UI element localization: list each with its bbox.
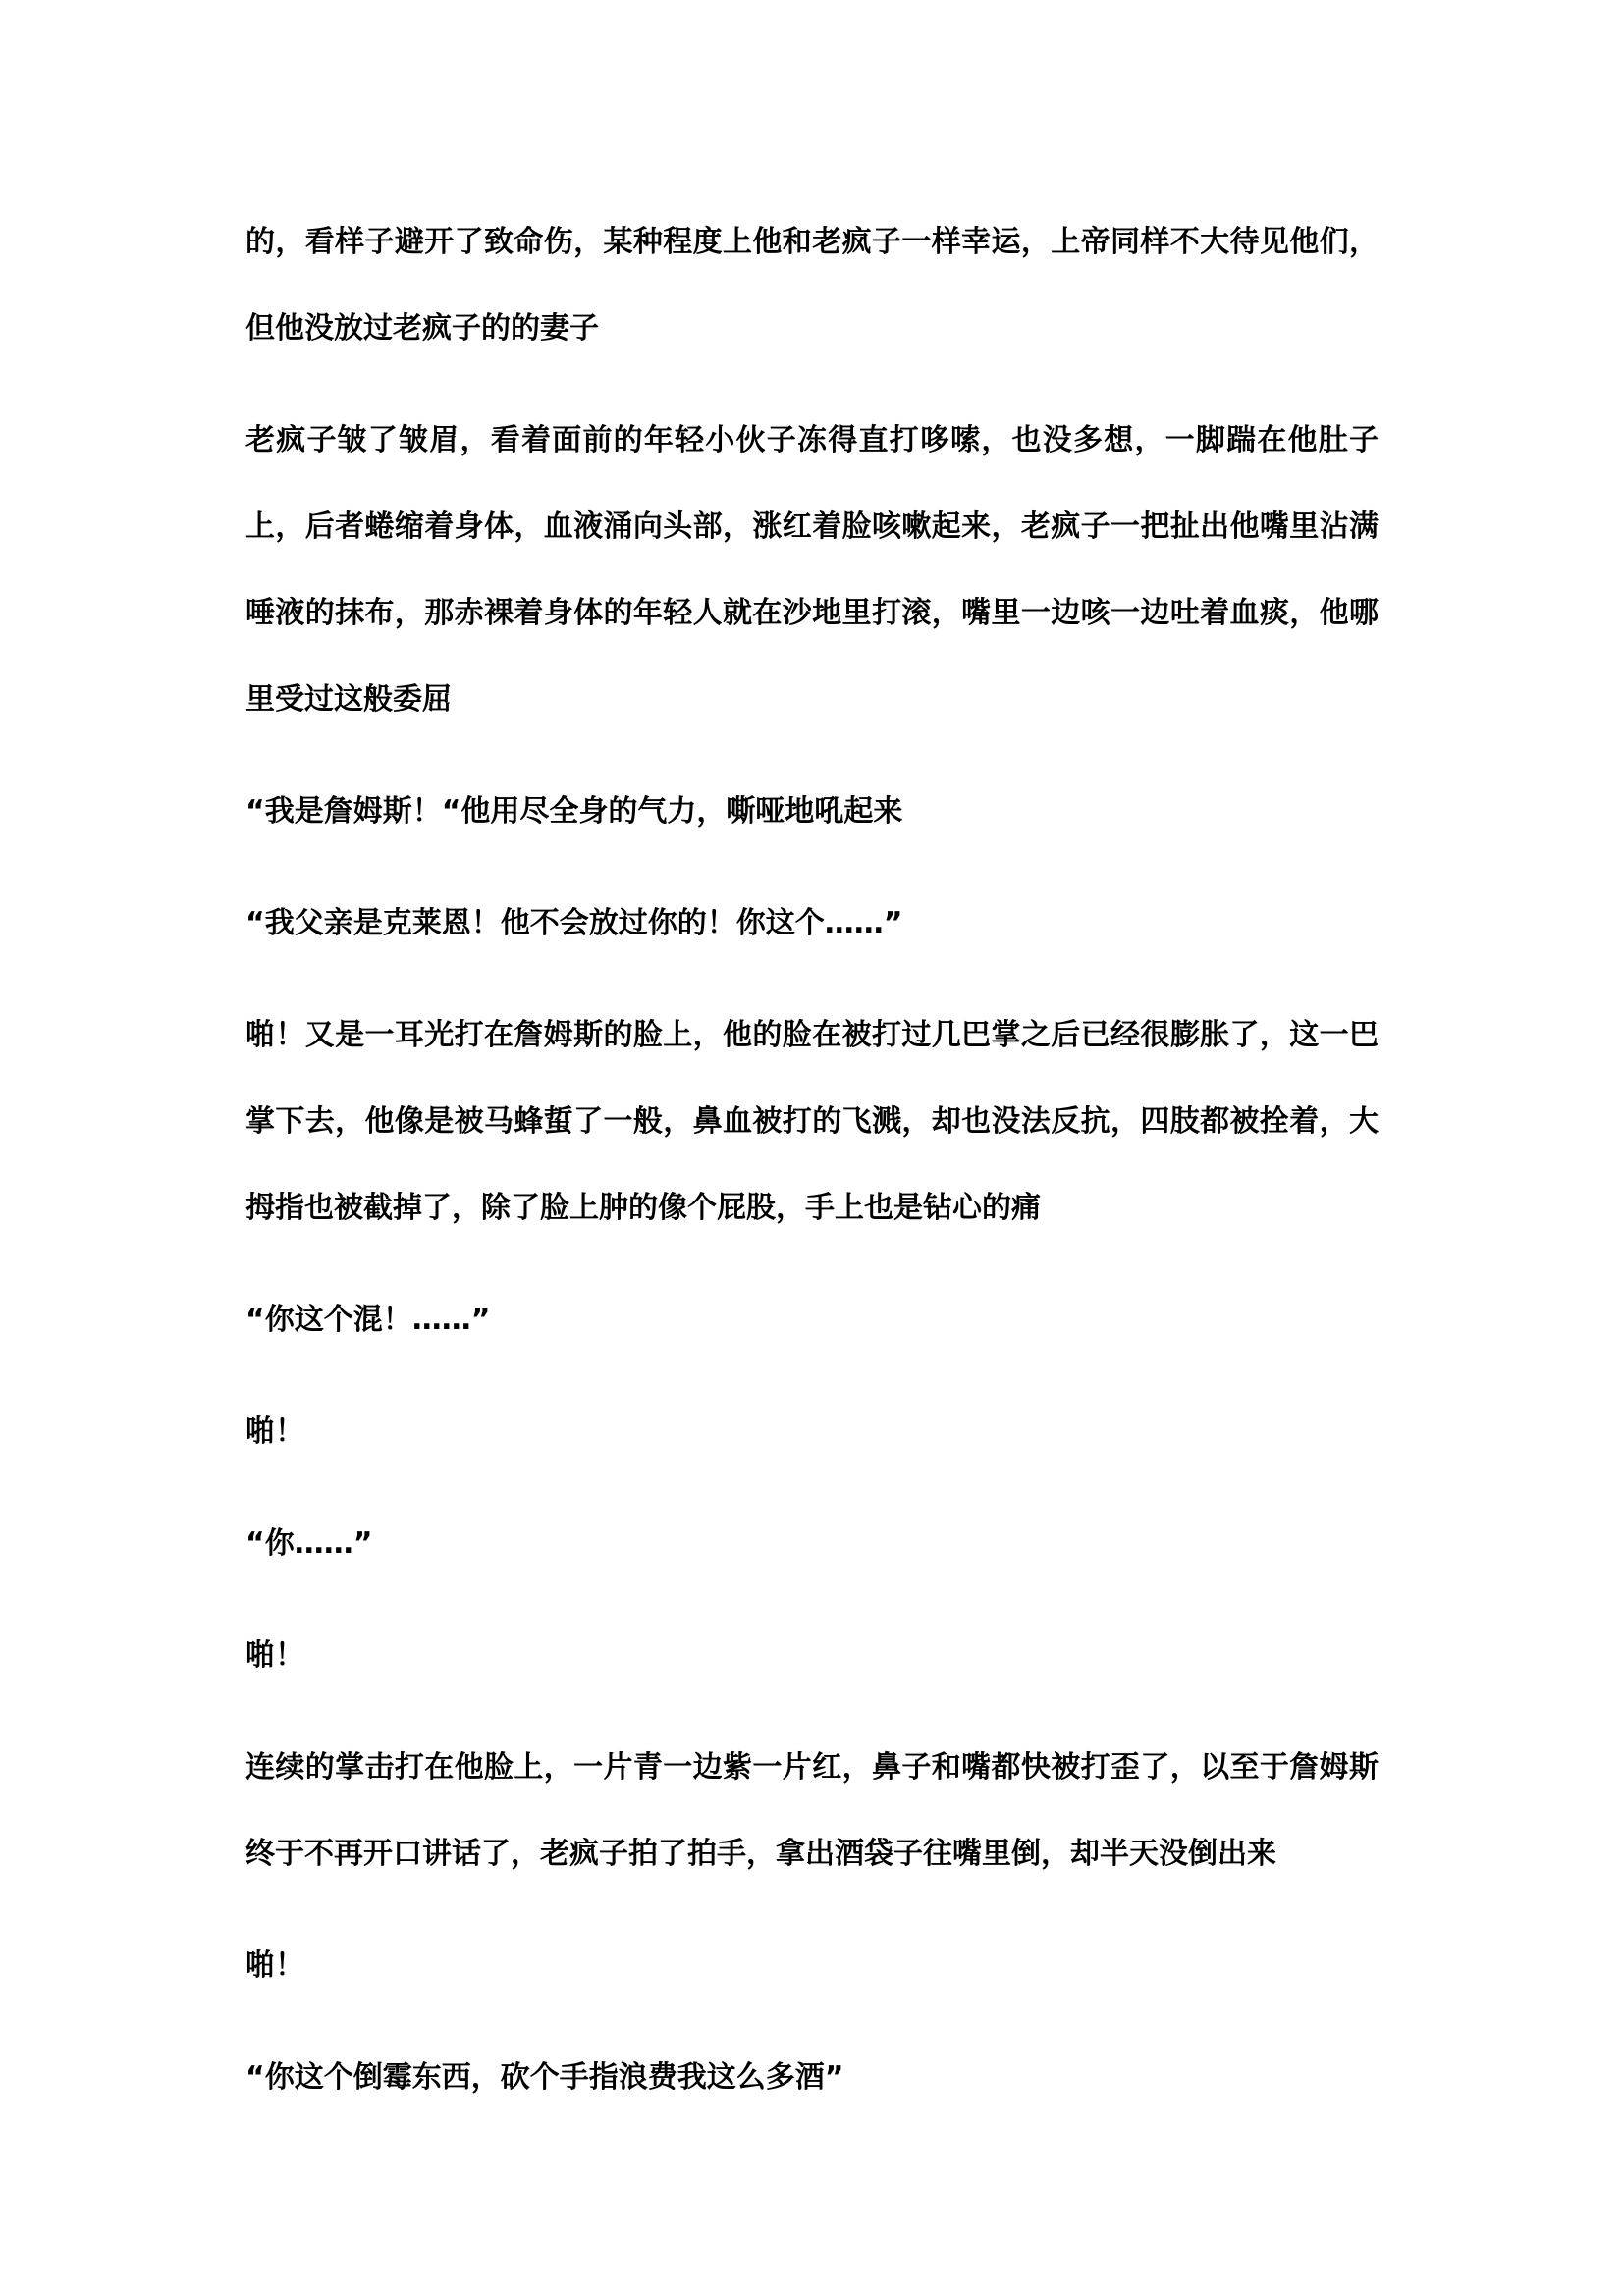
- paragraph-dialogue: “我父亲是克莱恩！他不会放过你的！你这个……”: [245, 881, 1379, 967]
- paragraph-dialogue: “你这个混！……”: [245, 1277, 1379, 1363]
- paragraph: 的，看样子避开了致命伤，某种程度上他和老疯子一样幸运，上帝同样不大待见他们，但他…: [245, 199, 1379, 372]
- paragraph-dialogue: “我是詹姆斯！“他用尽全身的气力，嘶哑地吼起来: [245, 769, 1379, 855]
- paragraph: 啪！: [245, 1389, 1379, 1475]
- paragraph-dialogue: “你……”: [245, 1501, 1379, 1587]
- paragraph: 连续的掌击打在他脸上，一片青一边紫一片红，鼻子和嘴都快被打歪了，以至于詹姆斯终于…: [245, 1725, 1379, 1897]
- paragraph-dialogue: “你这个倒霉东西，砍个手指浪费我这么多酒”: [245, 2035, 1379, 2121]
- document-page: 的，看样子避开了致命伤，某种程度上他和老疯子一样幸运，上帝同样不大待见他们，但他…: [0, 0, 1624, 2296]
- paragraph: 啪！: [245, 1613, 1379, 1699]
- paragraph: 老疯子皱了皱眉，看着面前的年轻小伙子冻得直打哆嗦，也没多想，一脚踹在他肚子上，后…: [245, 398, 1379, 743]
- document-body: 的，看样子避开了致命伤，某种程度上他和老疯子一样幸运，上帝同样不大待见他们，但他…: [245, 199, 1379, 2121]
- paragraph: 啪！: [245, 1923, 1379, 2009]
- paragraph: 啪！又是一耳光打在詹姆斯的脸上，他的脸在被打过几巴掌之后已经很膨胀了，这一巴掌下…: [245, 992, 1379, 1252]
